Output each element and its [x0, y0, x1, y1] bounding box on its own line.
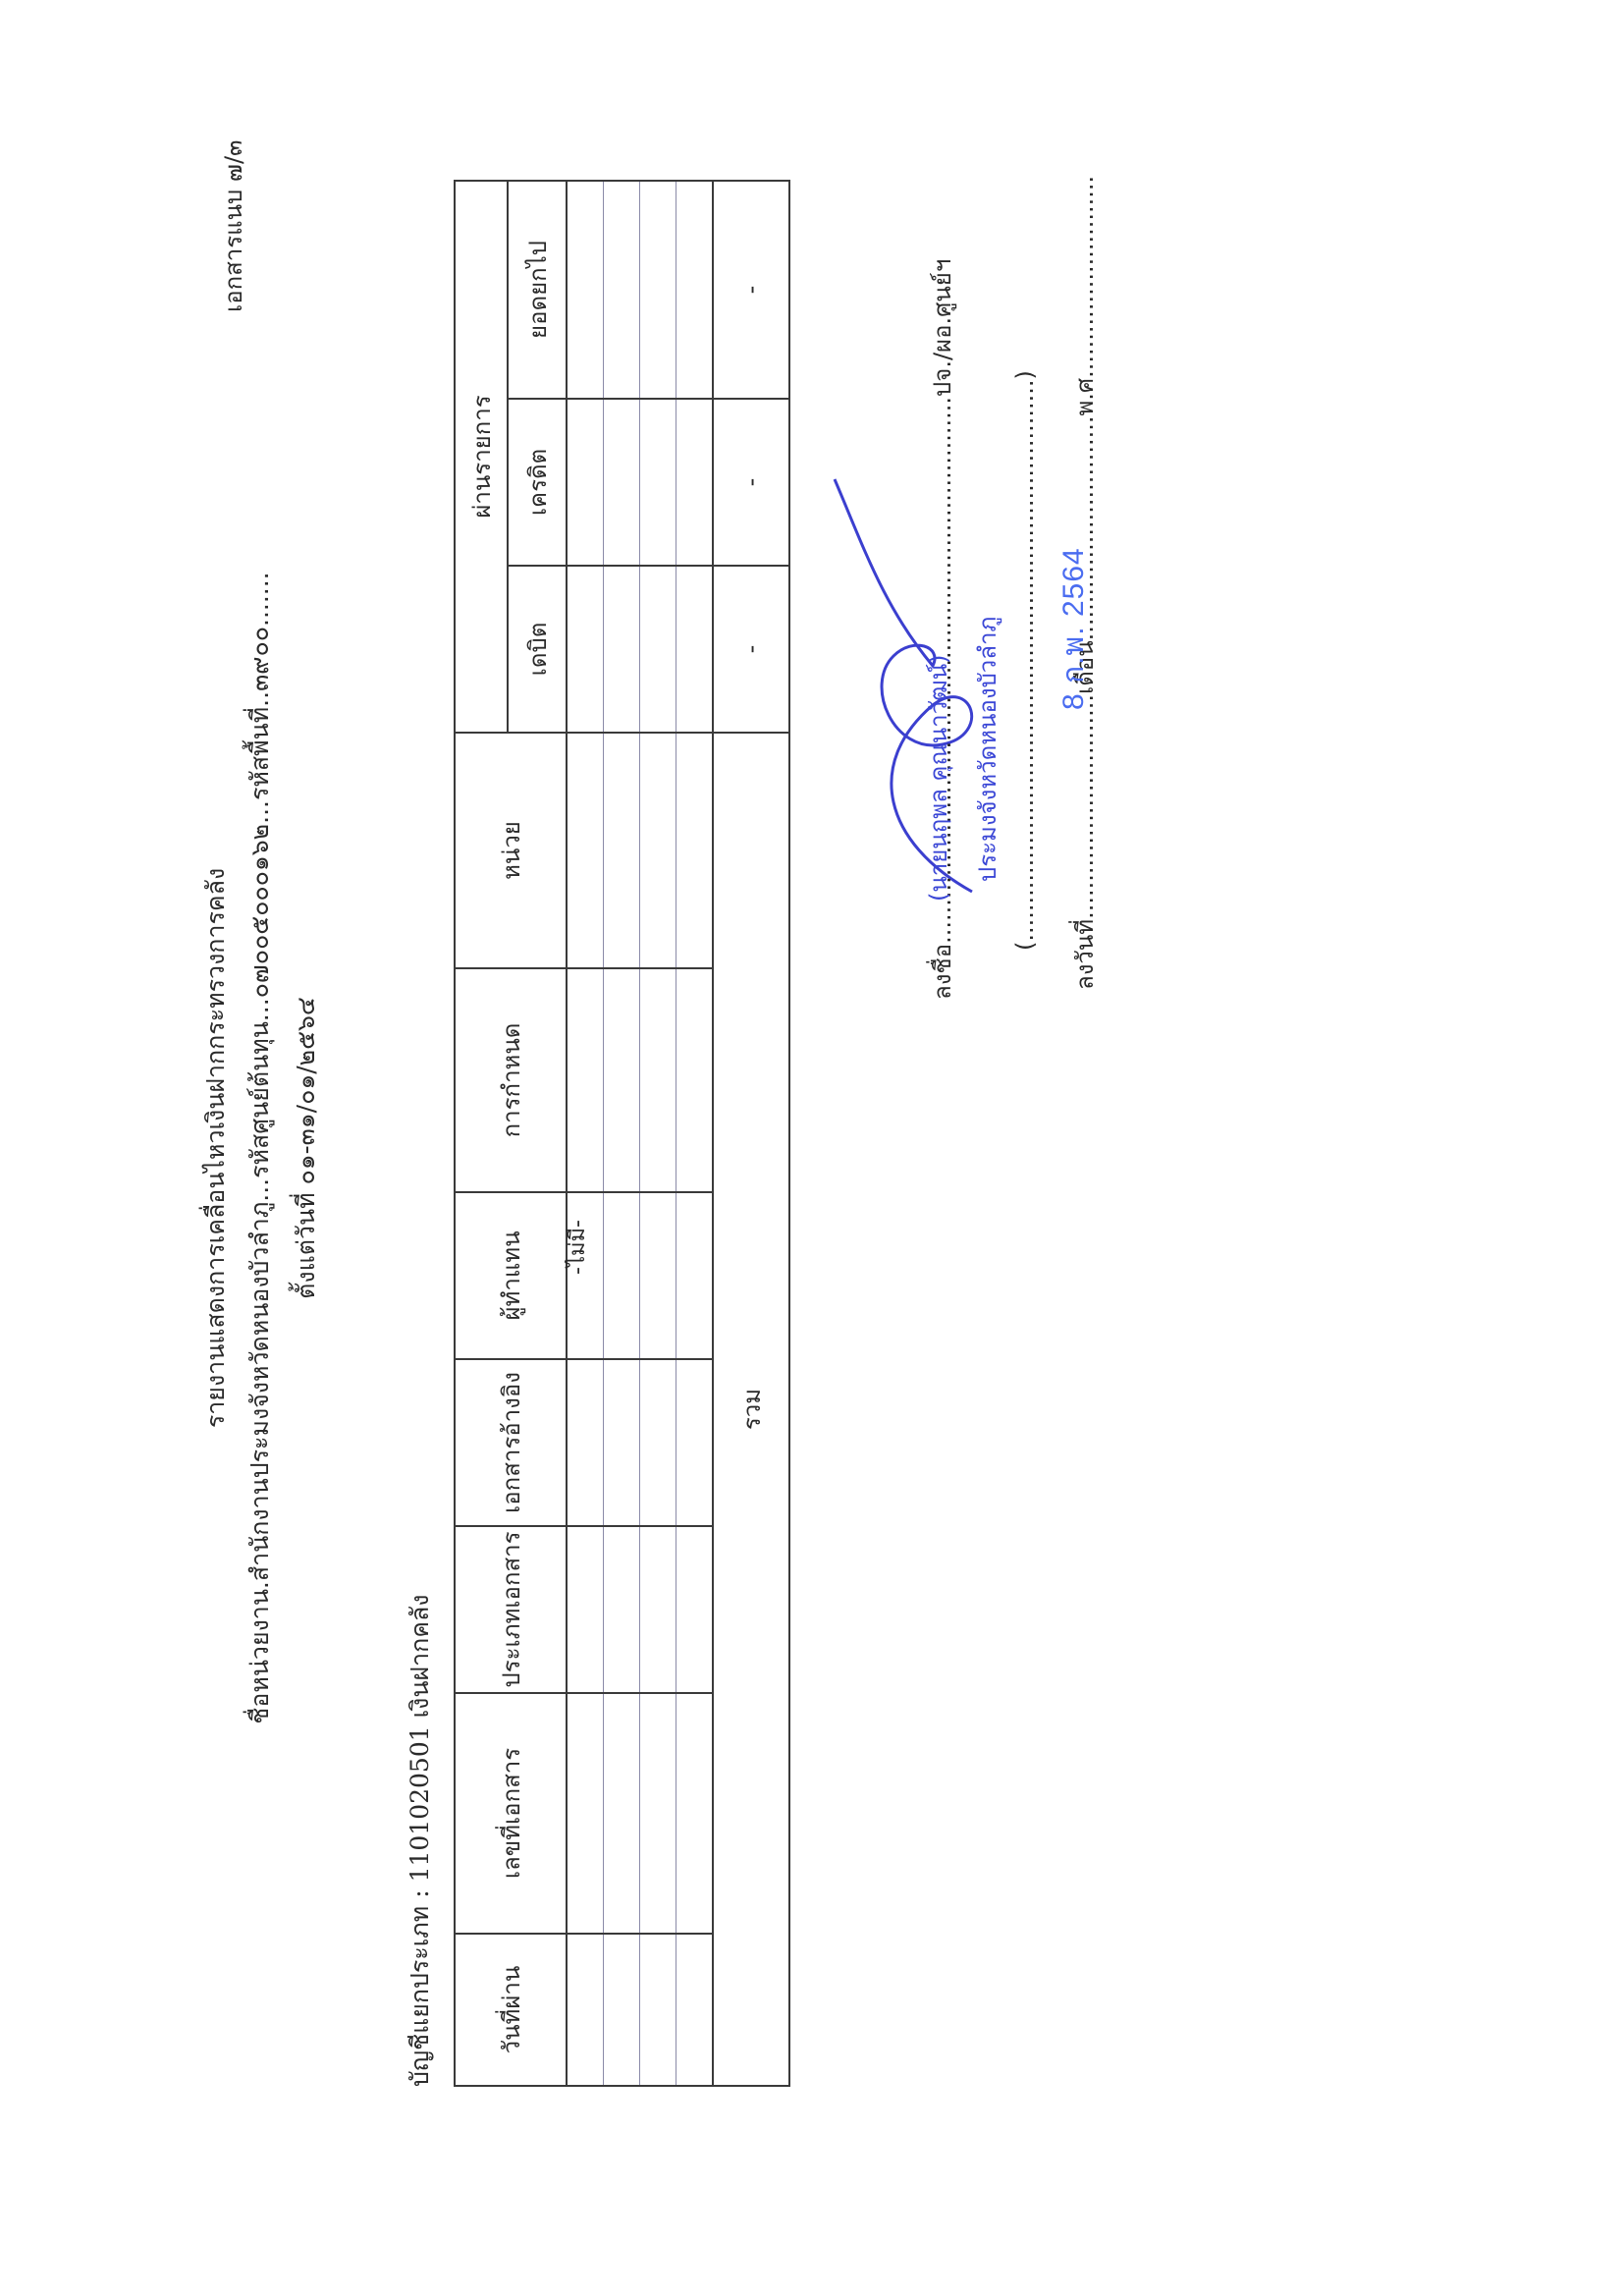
total-debit: - — [713, 566, 789, 733]
table-row — [604, 181, 640, 2086]
col-header-debit: เดบิต — [508, 566, 567, 733]
col-header-delegate: ผู้ทำแทน — [455, 1192, 567, 1359]
total-credit: - — [713, 399, 789, 566]
signer-position: ประมงจังหวัดหนองบัวลำภู — [968, 617, 1006, 882]
signature-role: ปจ./ผอ.ศูนย์ฯ — [929, 259, 956, 397]
table-row — [567, 181, 604, 2086]
col-header-posting-group: ผ่านรายการ — [455, 181, 508, 733]
col-header-doc-number: เลขที่เอกสาร — [455, 1693, 567, 1934]
table-row — [640, 181, 676, 2086]
ledger-label: บัญชีแยกประเภท : 1101020501 เงินฝากคลัง — [401, 1594, 440, 2087]
col-header-posting-date: วันที่ผ่าน — [455, 1934, 567, 2086]
col-header-assignment: การกำหนด — [455, 968, 567, 1192]
col-header-balance: ยอดยกไป — [508, 181, 567, 399]
document-page: เอกสารแนบ ๗/๓ รายงานแสดงการเคลื่อนไหวเงิ… — [0, 0, 1623, 2296]
movement-table: วันที่ผ่าน เลขที่เอกสาร ประเภทเอกสาร เอก… — [454, 180, 790, 2087]
period-line: ตั้งแต่วันที่ ๐๑-๓๑/๐๑/๒๕๖๔ — [287, 0, 326, 2296]
report-title: รายงานแสดงการเคลื่อนไหวเงินฝากกระทรวงการ… — [196, 0, 236, 2296]
total-label: รวม — [713, 733, 789, 2086]
col-header-unit: หน่วย — [455, 733, 567, 968]
col-header-credit: เครดิต — [508, 399, 567, 566]
col-header-doc-type: ประเภทเอกสาร — [455, 1526, 567, 1693]
agency-line: ชื่อหน่วยงาน.สำนักงานประมงจังหวัดหนองบัว… — [241, 0, 280, 2296]
signer-name: (นายนฤพล คุณนาวัฒน์) — [919, 654, 957, 902]
date-stamp: 8 ก.พ. 2564 — [1051, 547, 1097, 710]
position-blank: (.......................................… — [1011, 370, 1039, 951]
total-balance: - — [713, 181, 789, 399]
total-row: รวม - - - — [713, 181, 789, 2086]
col-header-reference: เอกสารอ้างอิง — [455, 1359, 567, 1526]
no-entries-note: -ไม่มี- — [560, 1220, 594, 1275]
table-row — [676, 181, 714, 2086]
